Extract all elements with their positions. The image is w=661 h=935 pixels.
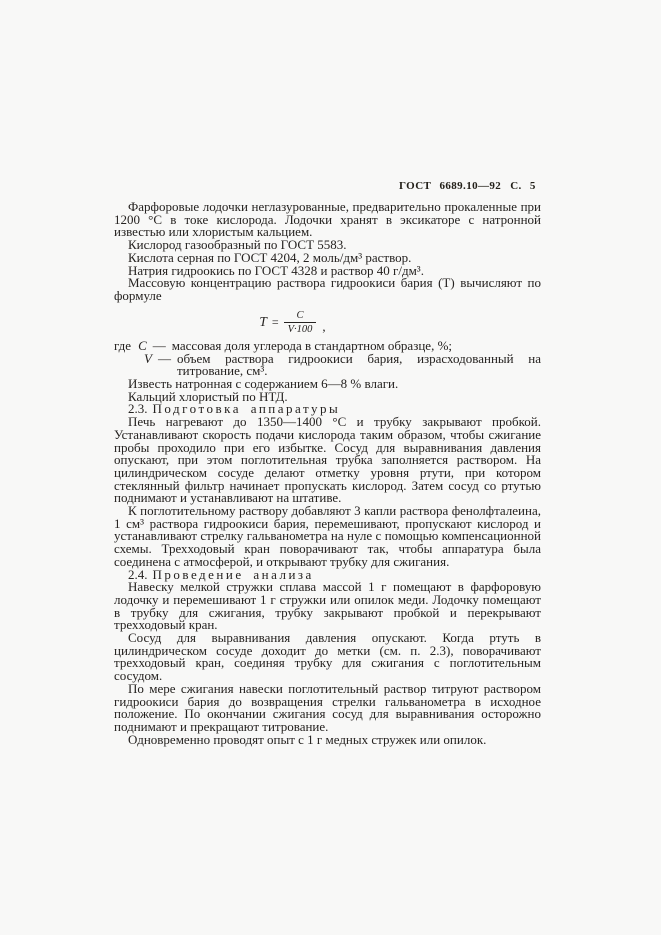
header-page-number: С. 5 <box>510 180 536 192</box>
formula-numerator: C <box>297 309 304 322</box>
legend-variable-v: V <box>144 353 152 378</box>
page-running-header: ГОСТ 6689.10—92С. 5 <box>399 180 536 192</box>
paragraph-absorber-solution: К поглотительному раствору добавляют 3 к… <box>114 505 541 569</box>
formula-trailing-comma: , <box>322 319 325 335</box>
formula-titre: T = C V·100 , <box>79 309 506 336</box>
legend-row-volume: V — объем раствора гидроокиси бария, изр… <box>114 353 541 378</box>
document-body: Фарфоровые лодочки неглазурованные, пред… <box>114 201 541 746</box>
paragraph-porcelain-boats: Фарфоровые лодочки неглазурованные, пред… <box>114 201 541 239</box>
formula-denominator: V·100 <box>284 322 317 336</box>
paragraph-titration: По мере сжигания навески поглотительный … <box>114 683 541 734</box>
formula-equals-sign: = <box>272 315 279 330</box>
paragraph-sample-weighing: Навеску мелкой стружки сплава массой 1 г… <box>114 581 541 632</box>
paragraph-mass-concentration: Массовую концентрацию раствора гидроокис… <box>114 277 541 302</box>
paragraph-pressure-vessel: Сосуд для выравнивания давления опускают… <box>114 632 541 683</box>
legend-dash: — <box>158 353 171 378</box>
formula-legend: где C — массовая доля углерода в стандар… <box>114 340 541 378</box>
legend-text-v: объем раствора гидроокиси бария, израсхо… <box>177 353 541 378</box>
legend-intro-word: где <box>114 340 131 353</box>
formula-fraction: C V·100 <box>284 309 317 336</box>
scanned-document-page: ГОСТ 6689.10—92С. 5 Фарфоровые лодочки н… <box>0 0 661 935</box>
paragraph-furnace-setup: Печь нагревают до 1350—1400 °С и трубку … <box>114 416 541 505</box>
formula-lhs: T <box>259 314 267 330</box>
header-doc-ref: ГОСТ 6689.10—92 <box>399 180 501 192</box>
paragraph-blank-test: Одновременно проводят опыт с 1 г медных … <box>114 734 541 747</box>
